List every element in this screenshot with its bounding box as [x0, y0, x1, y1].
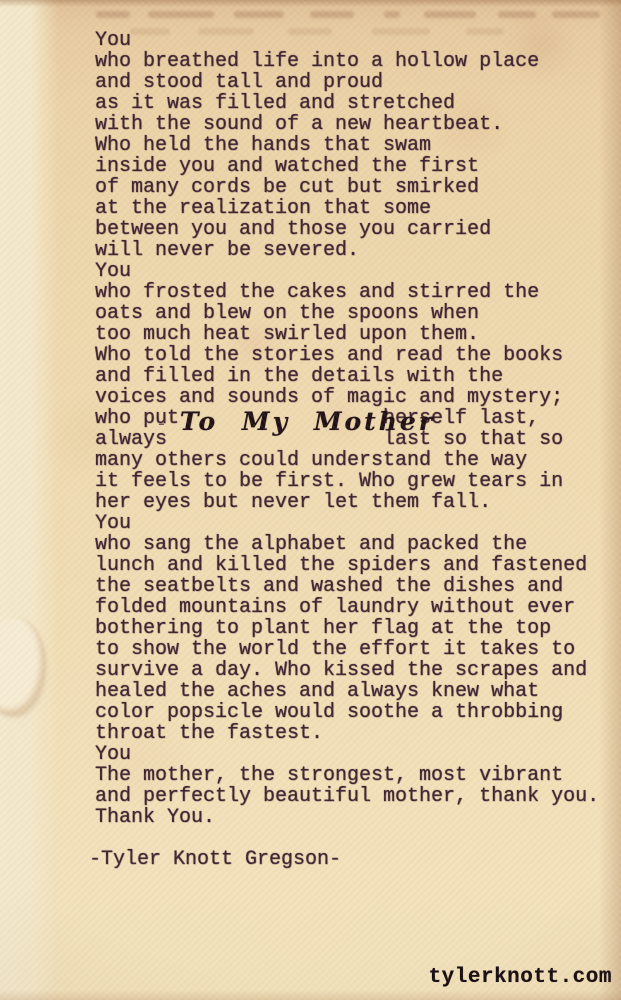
poem-line: it feels to be first. Who grew tears in: [95, 471, 599, 492]
author-signature: -Tyler Knott Gregson-: [89, 849, 599, 870]
poem-line: The mother, the strongest, most vibrant: [95, 765, 599, 786]
paper-right-edge: [599, 0, 621, 1000]
poem-line: survive a day. Who kissed the scrapes an…: [95, 660, 599, 681]
poem-line: lunch and killed the spiders and fastene…: [95, 555, 599, 576]
poem-line: of many cords be cut but smirked: [95, 177, 599, 198]
ghost-text-smudge: [424, 11, 476, 18]
poem-line: who frosted the cakes and stirred the: [95, 282, 599, 303]
paper-bottom-edge: [0, 990, 621, 1000]
poem-line: who sang the alphabet and packed the: [95, 534, 599, 555]
poem-line: with the sound of a new heartbeat.: [95, 114, 599, 135]
poem-line: healed the aches and always knew what: [95, 681, 599, 702]
poem-line: throat the fastest.: [95, 723, 599, 744]
poem-line: You: [95, 744, 599, 765]
ghost-text-smudge: [552, 11, 600, 18]
ghost-text-smudge: [384, 11, 400, 18]
poem-line: color popsicle would soothe a throbbing: [95, 702, 599, 723]
paper-page: Youwho breathed life into a hollow place…: [0, 0, 621, 1000]
poem-line: and filled in the details with the: [95, 366, 599, 387]
ghost-text-row: [96, 11, 606, 18]
poem-line: and stood tall and proud: [95, 72, 599, 93]
title-dash: -: [156, 415, 167, 435]
paper-left-edge: [0, 0, 58, 1000]
poem-line: and perfectly beautiful mother, thank yo…: [95, 786, 599, 807]
ghost-text-smudge: [234, 11, 284, 18]
poem-line: many others could understand the way: [95, 450, 599, 471]
poem-line: the seatbelts and washed the dishes and: [95, 576, 599, 597]
poem-line: will never be severed.: [95, 240, 599, 261]
ghost-text-smudge: [148, 11, 214, 18]
ghost-text-smudge: [310, 11, 354, 18]
poem-title: - To My Mother: [156, 407, 435, 436]
poem-line: voices and sounds of magic and mystery;: [95, 387, 599, 408]
poem-line: Who held the hands that swam: [95, 135, 599, 156]
poem-line: You: [95, 30, 599, 51]
poem-line: who breathed life into a hollow place: [95, 51, 599, 72]
poem-line: You: [95, 261, 599, 282]
ghost-text-smudge: [96, 11, 130, 18]
poem-line: at the realization that some: [95, 198, 599, 219]
poem-line: between you and those you carried: [95, 219, 599, 240]
poem-body: Youwho breathed life into a hollow place…: [95, 30, 599, 870]
poem-line: inside you and watched the first: [95, 156, 599, 177]
poem-line: You: [95, 513, 599, 534]
site-watermark: tylerknott.com: [429, 966, 612, 989]
poem-line: her eyes but never let them fall.: [95, 492, 599, 513]
poem-line: oats and blew on the spoons when: [95, 303, 599, 324]
title-text: To My Mother: [180, 407, 435, 436]
poem-line: bothering to plant her flag at the top: [95, 618, 599, 639]
ghost-text-smudge: [498, 11, 536, 18]
paper-top-edge: [0, 0, 621, 7]
poem-line: as it was filled and stretched: [95, 93, 599, 114]
poem-line: folded mountains of laundry without ever: [95, 597, 599, 618]
poem-line: Thank You.: [95, 807, 599, 828]
poem-line: to show the world the effort it takes to: [95, 639, 599, 660]
poem-line: too much heat swirled upon them.: [95, 324, 599, 345]
poem-line: Who told the stories and read the books: [95, 345, 599, 366]
